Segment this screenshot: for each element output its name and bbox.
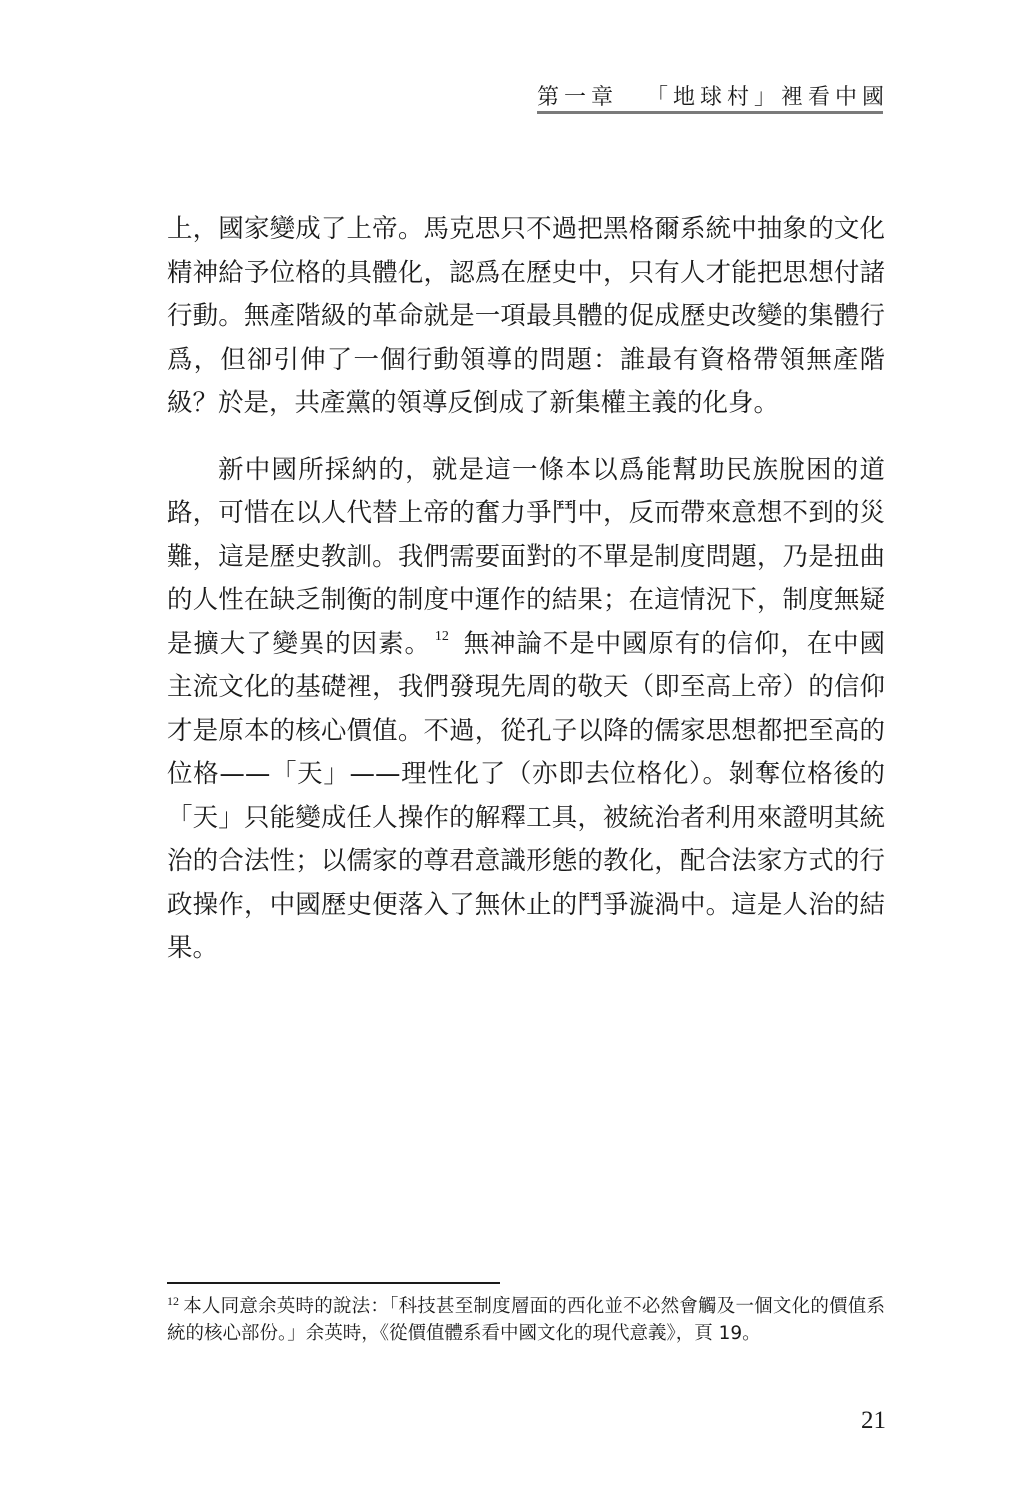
footnote-number: 12 [167, 1294, 179, 1308]
footnote-reference[interactable]: 12 [435, 629, 449, 644]
chapter-title: 「地球村」裡看中國 [646, 85, 889, 110]
chapter-number: 第一章 [537, 85, 618, 110]
paragraph-2: 新中國所採納的，就是這一條本以爲能幫助民族脫困的道路，可惜在以人代替上帝的奮力爭… [167, 449, 885, 971]
header-underline [537, 111, 883, 114]
paragraph-2-text-after-note: 無神論不是中國原有的信仰，在中國主流文化的基礎裡，我們發現先周的敬天（即至高上帝… [167, 629, 885, 964]
footnote: 12本人同意余英時的說法：「科技甚至制度層面的西化並不必然會觸及一個文化的價值系… [167, 1294, 885, 1347]
footnote-text: 本人同意余英時的說法：「科技甚至制度層面的西化並不必然會觸及一個文化的價值系統的… [167, 1296, 885, 1344]
running-header: 第一章「地球村」裡看中國 [537, 84, 883, 114]
book-page: 第一章「地球村」裡看中國 上，國家變成了上帝。馬克思只不過把黑格爾系統中抽象的文… [0, 0, 1024, 1506]
body-text: 上，國家變成了上帝。馬克思只不過把黑格爾系統中抽象的文化精神給予位格的具體化，認… [167, 208, 885, 971]
footnote-separator [167, 1282, 500, 1284]
page-number: 21 [820, 1406, 886, 1436]
paragraph-1: 上，國家變成了上帝。馬克思只不過把黑格爾系統中抽象的文化精神給予位格的具體化，認… [167, 208, 885, 426]
